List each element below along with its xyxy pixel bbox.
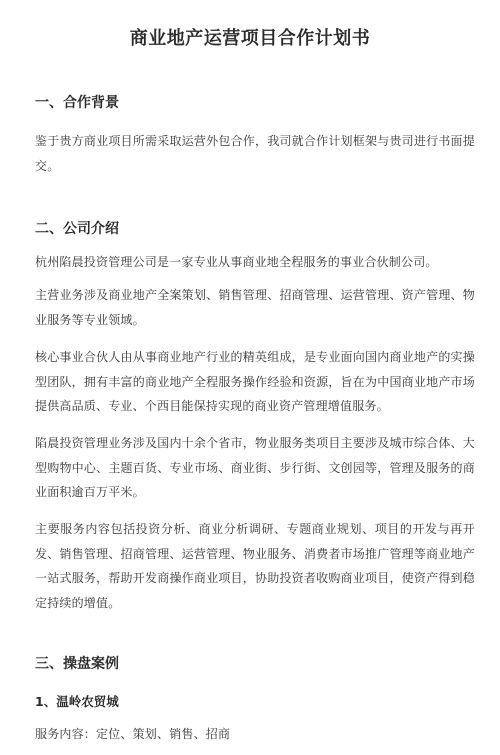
section-heading-cases: 三、操盘案例 [35, 653, 119, 673]
paragraph-company-business: 主营业务涉及商业地产全案策划、销售管理、招商管理、运营管理、资产管理、物业服务等… [35, 283, 475, 332]
paragraph-company-team: 核心事业合伙人由从事商业地产行业的精英组成，是专业面向国内商业地产的实操型团队，… [35, 345, 475, 419]
section-heading-background: 一、合作背景 [35, 92, 119, 112]
paragraph-company-scope: 陷晨投资管理业务涉及国内十余个省市，物业服务类项目主要涉及城市综合体、大型购物中… [35, 431, 475, 505]
document-title: 商业地产运营项目合作计划书 [0, 24, 500, 50]
case-heading: 1、温岭农贸城 [35, 692, 119, 710]
section-heading-company: 二、公司介绍 [35, 218, 119, 238]
paragraph-background: 鉴于贵方商业项目所需采取运营外包合作，我司就合作计划框架与贵司进行书面提交。 [35, 129, 475, 178]
case-service-content: 服务内容：定位、策划、销售、招商 [35, 722, 475, 747]
paragraph-company-intro: 杭州陷晨投资管理公司是一家专业从事商业地全程服务的事业合伙制公司。 [35, 250, 475, 275]
paragraph-company-services: 主要服务内容包括投资分析、商业分析调研、专题商业规划、项目的开发与再开发、销售管… [35, 517, 475, 615]
